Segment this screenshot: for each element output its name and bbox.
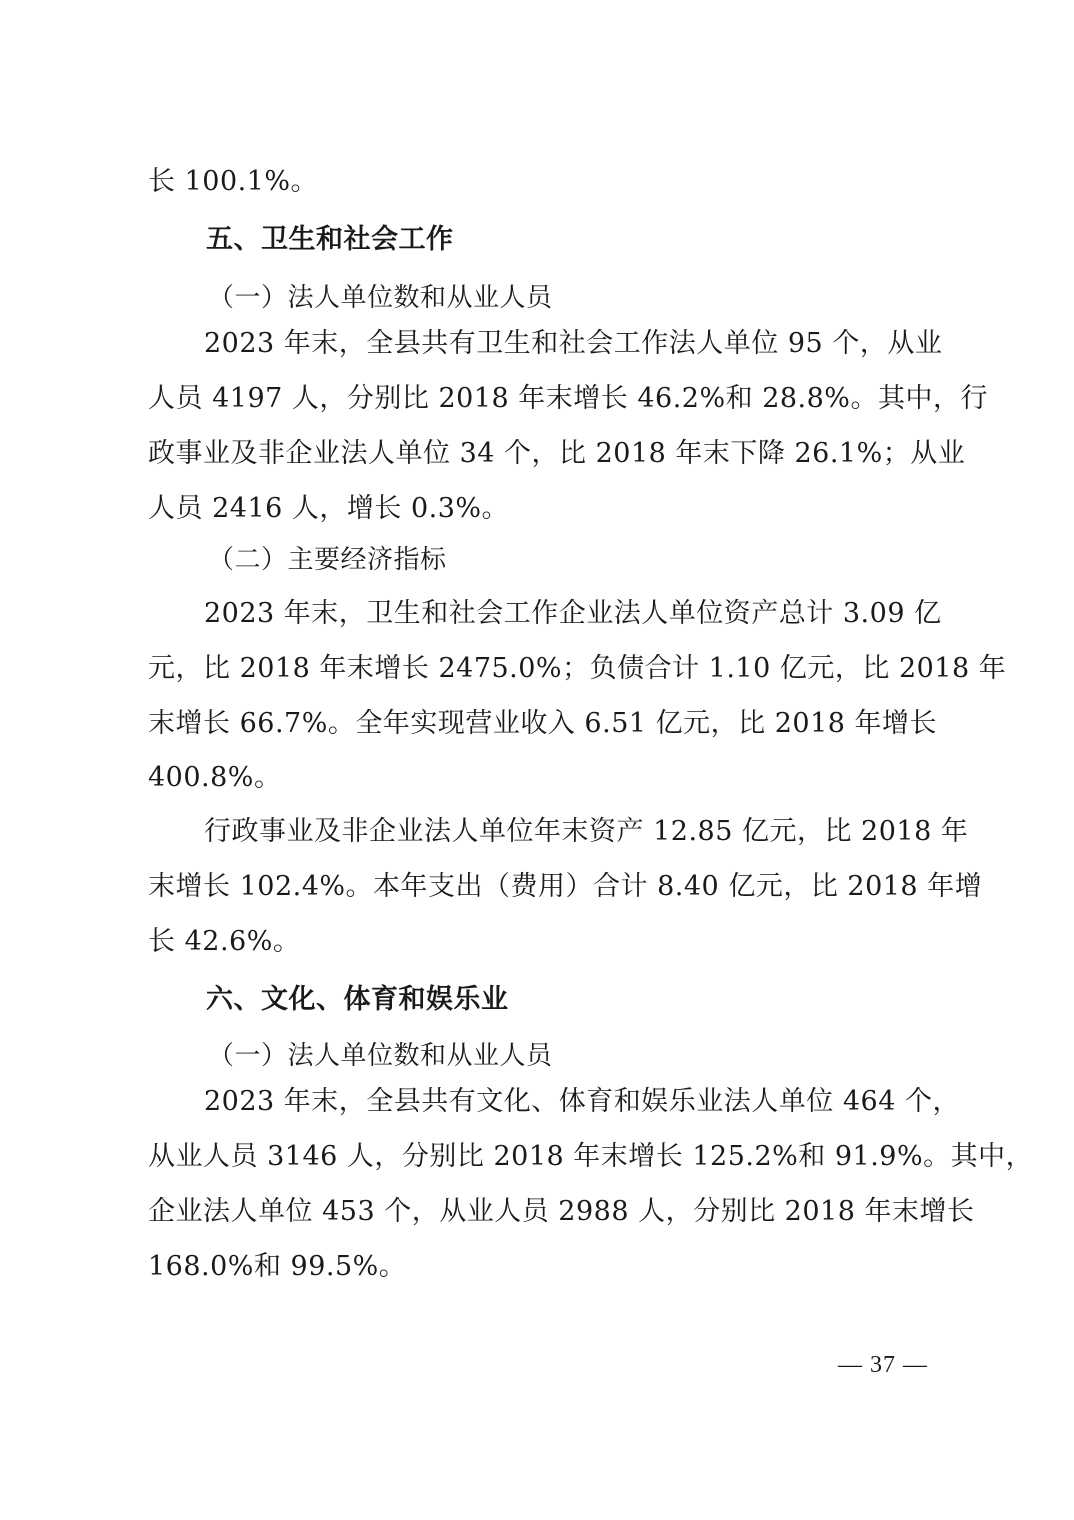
paragraph-line: 末增长 102.4%。本年支出（费用）合计 8.40 亿元，比 2018 年增 bbox=[148, 869, 930, 905]
section-heading-health-social-work: 五、卫生和社会工作 bbox=[206, 222, 988, 258]
paragraph-line: 168.0%和 99.5%。 bbox=[148, 1249, 930, 1285]
paragraph-line: 人员 2416 人，增长 0.3%。 bbox=[148, 491, 930, 527]
section-heading-culture-sports-entertainment: 六、文化、体育和娱乐业 bbox=[206, 982, 988, 1018]
page-number: — 37 — bbox=[838, 1352, 928, 1379]
paragraph-line: 2023 年末，全县共有卫生和社会工作法人单位 95 个，从业 bbox=[204, 326, 930, 362]
paragraph-line: 长 42.6%。 bbox=[148, 924, 930, 960]
paragraph-line: 政事业及非企业法人单位 34 个，比 2018 年末下降 26.1%；从业 bbox=[148, 436, 930, 472]
subheading-economic-indicators: （二）主要经济指标 bbox=[208, 542, 990, 578]
paragraph-line: 2023 年末，全县共有文化、体育和娱乐业法人单位 464 个， bbox=[204, 1084, 930, 1120]
paragraph-line: 行政事业及非企业法人单位年末资产 12.85 亿元，比 2018 年 bbox=[204, 814, 930, 850]
paragraph-line: 从业人员 3146 人，分别比 2018 年末增长 125.2%和 91.9%。… bbox=[148, 1139, 930, 1175]
paragraph-line: 末增长 66.7%。全年实现营业收入 6.51 亿元，比 2018 年增长 bbox=[148, 706, 930, 742]
paragraph-line: 企业法人单位 453 个，从业人员 2988 人，分别比 2018 年末增长 bbox=[148, 1194, 930, 1230]
subheading-units-employees: （一）法人单位数和从业人员 bbox=[208, 1038, 990, 1074]
paragraph-line: 400.8%。 bbox=[148, 760, 930, 796]
paragraph-line: 人员 4197 人，分别比 2018 年末增长 46.2%和 28.8%。其中，… bbox=[148, 381, 930, 417]
subheading-units-employees: （一）法人单位数和从业人员 bbox=[208, 280, 990, 316]
paragraph-line: 2023 年末，卫生和社会工作企业法人单位资产总计 3.09 亿 bbox=[204, 596, 930, 632]
paragraph-line: 元，比 2018 年末增长 2475.0%；负债合计 1.10 亿元，比 201… bbox=[148, 651, 930, 687]
paragraph-line-continuation: 长 100.1%。 bbox=[148, 164, 930, 200]
